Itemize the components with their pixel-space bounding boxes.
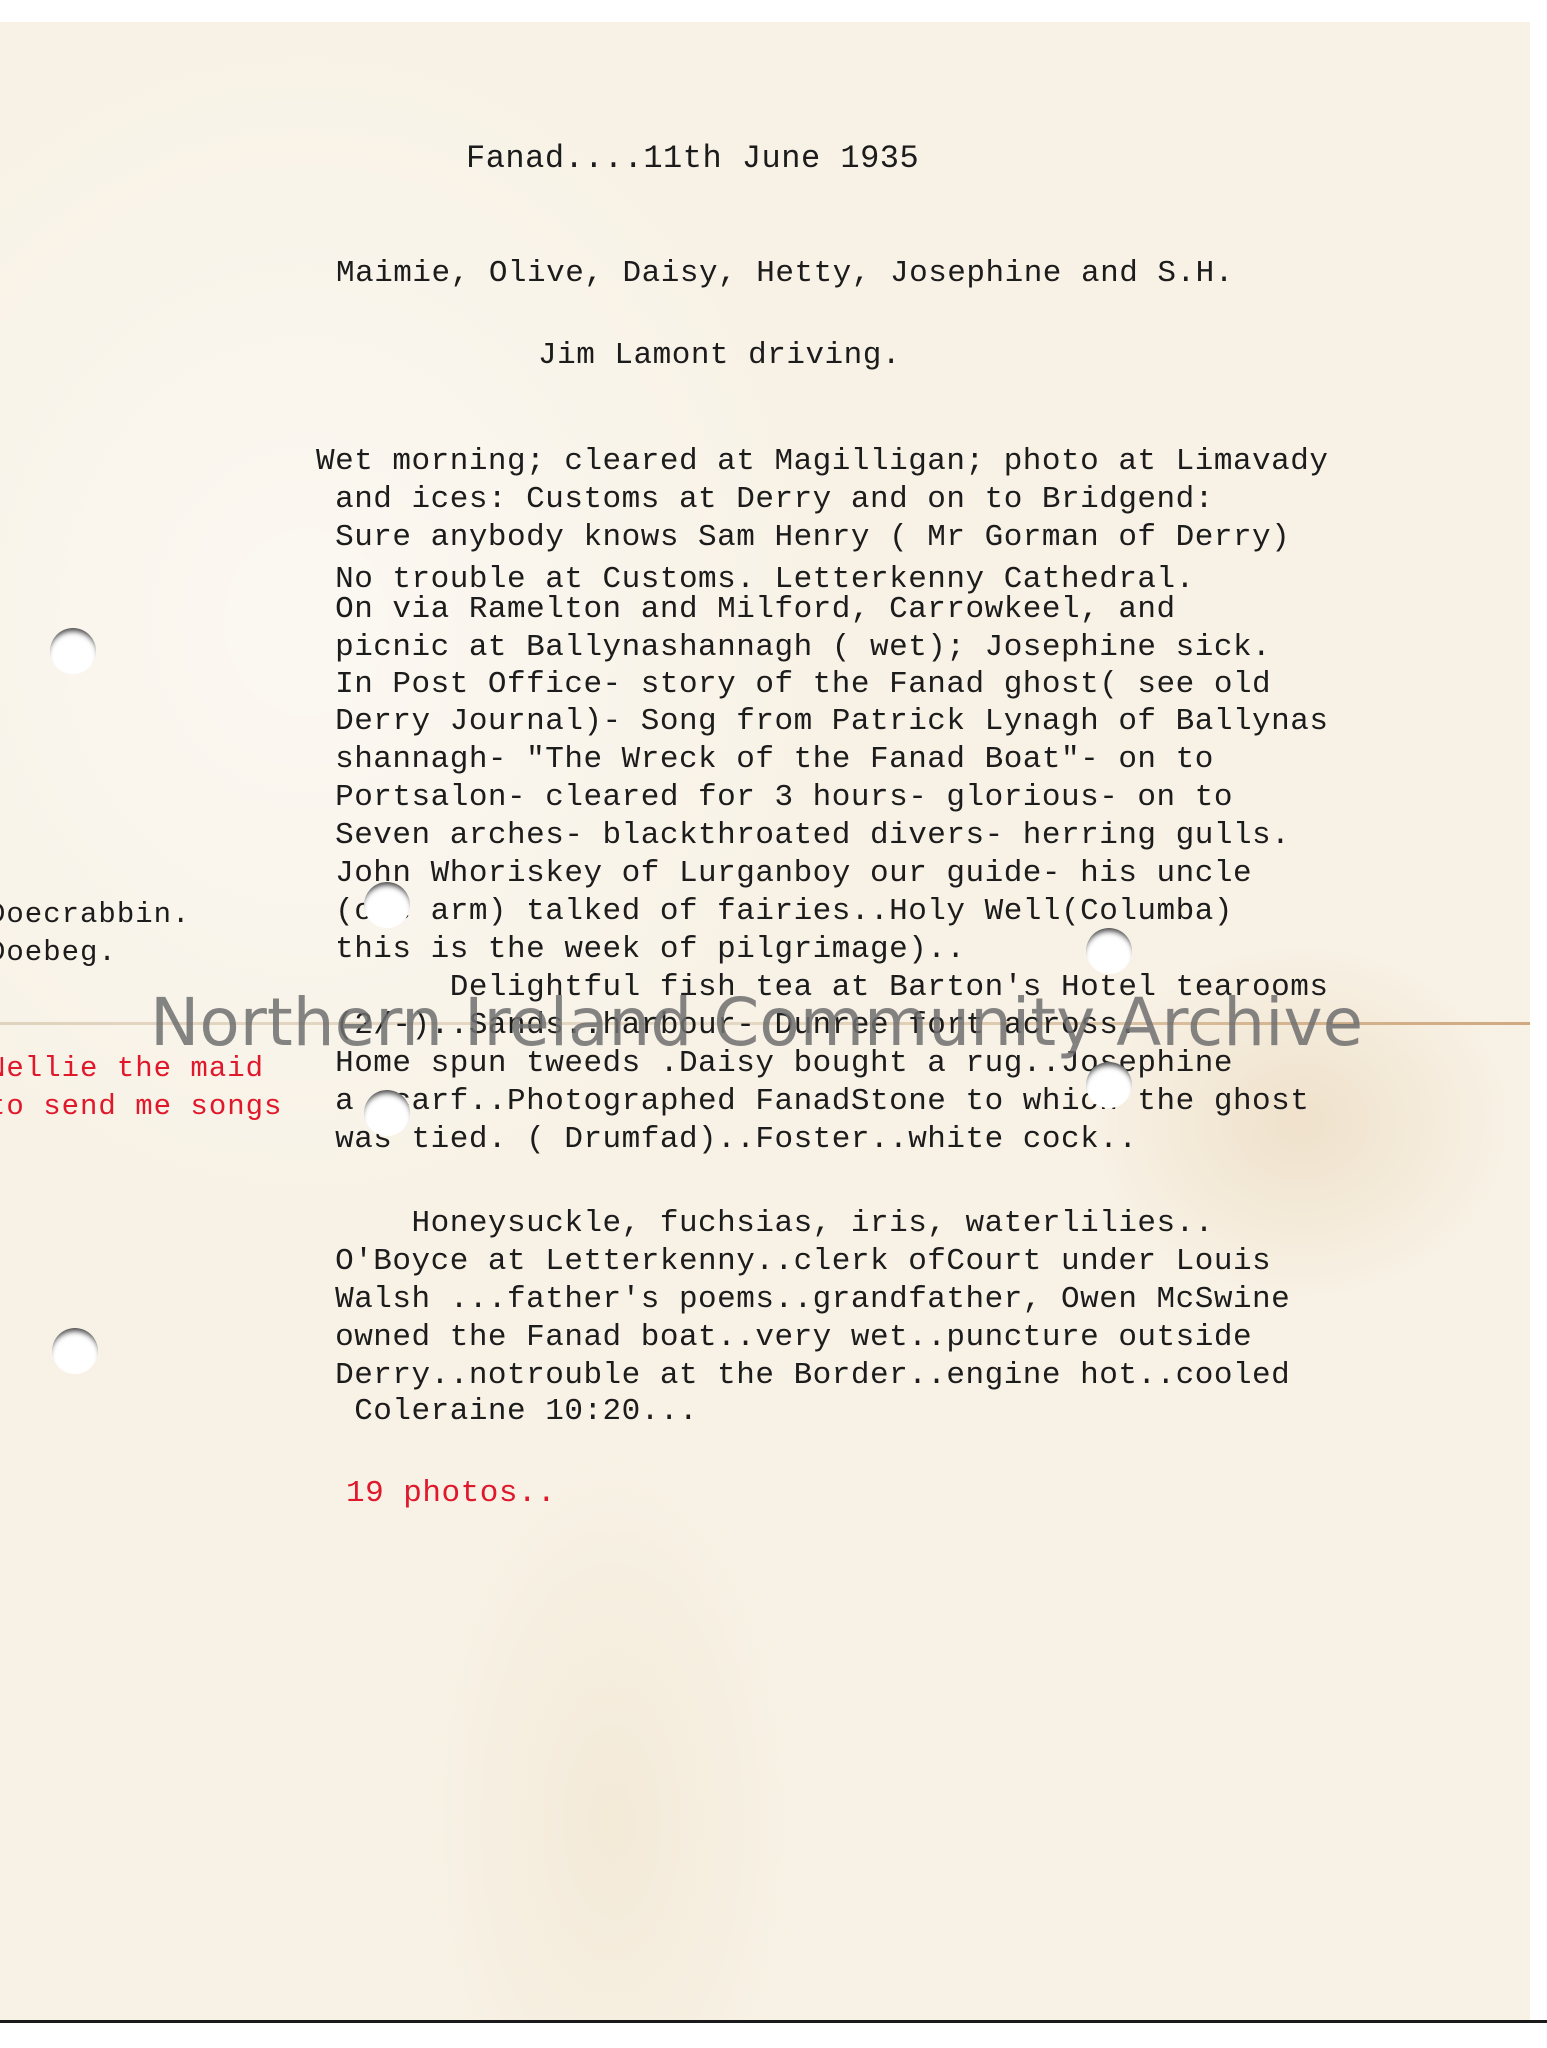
archive-watermark: Northern Ireland Community Archive [150,984,1363,1061]
body-line: Coleraine 10:20... [316,1394,698,1429]
party-list: Maimie, Olive, Daisy, Hetty, Josephine a… [336,256,1234,291]
punch-hole [52,1328,98,1374]
body-line: owned the Fanad boat..very wet..puncture… [316,1320,1252,1355]
body-line: John Whoriskey of Lurganboy our guide- h… [316,856,1252,891]
body-line: and ices: Customs at Derry and on to Bri… [316,482,1214,517]
punch-hole [1086,928,1132,974]
page-heading: Fanad....11th June 1935 [466,140,919,177]
punch-hole [1086,1062,1132,1108]
body-line: (one arm) talked of fairies..Holy Well(C… [316,894,1233,929]
punch-hole [364,1090,410,1136]
body-line: Derry Journal)- Song from Patrick Lynagh… [316,704,1328,739]
body-line: Portsalon- cleared for 3 hours- glorious… [316,780,1233,815]
body-line: Derry..notrouble at the Border..engine h… [316,1358,1290,1393]
body-line: O'Boyce at Letterkenny..clerk ofCourt un… [316,1244,1271,1279]
punch-hole [50,628,96,674]
photo-count-note: 19 photos.. [346,1476,556,1511]
body-line: was tied. ( Drumfad)..Foster..white cock… [316,1122,1137,1157]
body-line: On via Ramelton and Milford, Carrowkeel,… [316,592,1176,627]
body-line: Sure anybody knows Sam Henry ( Mr Gorman… [316,520,1290,555]
body-line: Walsh ...father's poems..grandfather, Ow… [316,1282,1290,1317]
body-line: picnic at Ballynashannagh ( wet); Joseph… [316,630,1271,665]
body-line: this is the week of pilgrimage).. [316,932,966,967]
margin-place: Doecrabbin. [0,898,190,931]
body-line: Seven arches- blackthroated divers- herr… [316,818,1290,853]
typed-page: Fanad....11th June 1935 Maimie, Olive, D… [0,22,1530,2022]
margin-place: Doebeg. [0,936,117,969]
scan-edge [0,2020,1547,2023]
punch-hole [364,882,410,928]
body-line: In Post Office- story of the Fanad ghost… [316,667,1271,702]
body-line: a scarf..Photographed FanadStone to whic… [316,1084,1309,1119]
body-line: Honeysuckle, fuchsias, iris, waterlilies… [316,1206,1214,1241]
body-line: Wet morning; cleared at Magilligan; phot… [316,444,1328,479]
margin-red-note: to send me songs [0,1090,282,1123]
driver-line: Jim Lamont driving. [538,338,901,373]
body-line: shannagh- "The Wreck of the Fanad Boat"-… [316,742,1214,777]
